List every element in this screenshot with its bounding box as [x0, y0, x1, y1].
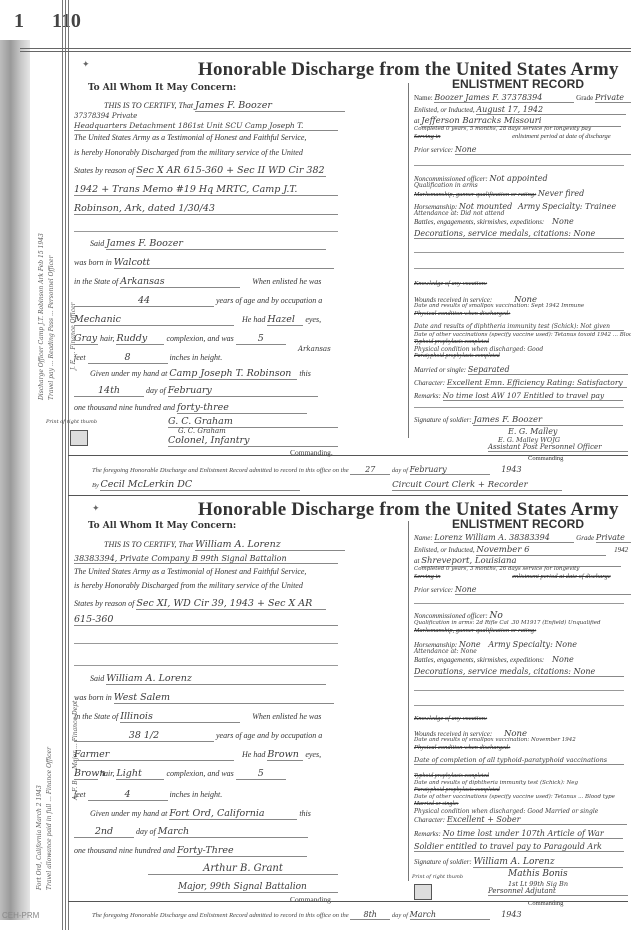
day: 2nd: [74, 826, 134, 838]
blank-line: [74, 643, 338, 644]
name-label: Name:: [414, 94, 433, 102]
blank-line: [414, 407, 624, 408]
height-inches: 4: [88, 789, 168, 801]
thumbprint: [414, 884, 432, 900]
blank-line: [414, 252, 624, 253]
age: 44: [74, 295, 214, 307]
attendance-note: Attendance at: Did not attend: [414, 210, 504, 217]
soldier-name: James F. Boozer: [195, 100, 345, 112]
year: forty-three: [177, 402, 307, 414]
remarks-label: Remarks:: [414, 392, 441, 400]
height-feet: 5: [236, 333, 286, 345]
hair-label: hair,: [100, 769, 114, 778]
enlisted-date: November 6: [476, 545, 606, 556]
reason-label: States by reason of: [74, 166, 134, 175]
hair-label: hair,: [100, 334, 114, 343]
given-place-note: Arkansas: [298, 345, 331, 353]
physical-condition: Physical condition when discharged: Good: [414, 346, 543, 353]
month: February: [168, 385, 318, 397]
hair: Gray: [74, 333, 98, 345]
vaccination-note: Date and results of smallpox vaccination…: [414, 737, 576, 743]
enlisted-date: August 17, 1942: [476, 105, 626, 115]
given-label: Given under my hand at: [90, 369, 167, 378]
blank-line: [414, 268, 624, 269]
top-rule: [20, 51, 631, 52]
born-place: Walcott: [114, 257, 334, 269]
feet-label: feet: [74, 790, 86, 799]
enlisted-year: 1942: [614, 546, 628, 554]
blank-line: [74, 231, 338, 232]
blank-line: [414, 165, 624, 166]
margin-rule: [62, 0, 63, 930]
unit-line: Headquarters Detachment 1861st Unit SCU …: [74, 121, 338, 131]
footer-rule: [68, 455, 628, 456]
eyes-suffix: eyes,: [305, 315, 321, 324]
character-label: Character:: [414, 379, 445, 387]
remarks-label: Remarks:: [414, 830, 441, 838]
grade: Private: [596, 533, 631, 543]
said-label: Said: [90, 674, 104, 683]
complexion-label: complexion, and was: [166, 769, 233, 778]
enlisted-label: Enlisted, or Inducted,: [414, 546, 475, 554]
thumbprint: [70, 430, 88, 446]
recording-day: 27: [350, 465, 390, 475]
army-specialty: Army Specialty: None: [488, 640, 577, 649]
serving-label: Serving in: [414, 573, 441, 580]
married-status: Separated: [468, 365, 628, 375]
recording-year: 1943: [501, 465, 521, 474]
margin-note: Fort Ord, California March 2 1943: [36, 785, 43, 890]
mark: ✦: [92, 503, 100, 514]
knowledge-label: Knowledge of any vocation:: [414, 715, 487, 722]
by-label: By: [92, 482, 99, 489]
age-label: years of age and by occupation a: [216, 731, 322, 740]
grade: Private: [595, 93, 631, 103]
discharged-text: is hereby Honorably Discharged from the …: [74, 148, 303, 157]
qualification-note: Qualification in arms: 2d Rifle Cal .30 …: [414, 620, 601, 626]
mark: ✦: [82, 59, 90, 70]
commander-signature: Arthur B. Grant: [148, 863, 338, 875]
inches-label: inches in height.: [170, 353, 223, 362]
diphtheria-note: Date and results of diphtheria immunity …: [414, 780, 578, 786]
serving-label: Serving in: [414, 133, 441, 140]
commanding-label: Commanding.: [290, 895, 333, 904]
enlisted-label: Enlisted, or Inducted,: [414, 106, 475, 114]
blank-line: [414, 603, 624, 604]
this-label: this: [299, 369, 311, 378]
footer-rule: [68, 495, 628, 496]
attendance-note: Attendance at: None: [414, 648, 477, 655]
occupation: Farmer: [74, 749, 234, 761]
officer-signature: E. G. Malley: [508, 427, 557, 436]
recording-day-label: day of: [392, 467, 408, 474]
reason-line: 615-360: [74, 614, 338, 626]
month: March: [158, 826, 308, 838]
name-label: Name:: [414, 534, 433, 542]
commander-typed-name: G. C. Graham: [178, 427, 226, 435]
blank-line: [414, 690, 624, 691]
complexion: Light: [116, 768, 164, 780]
commanding-label: Commanding: [528, 455, 563, 462]
army-testimonial: The United States Army as a Testimonial …: [74, 567, 306, 576]
page-number-right: 110: [52, 10, 81, 33]
signature-label: Signature of soldier:: [414, 858, 472, 866]
certify-label: THIS IS TO CERTIFY, That: [104, 540, 193, 549]
eyes-label: He had: [242, 315, 265, 324]
day-label: day of: [146, 386, 166, 395]
nco: Not appointed: [489, 174, 547, 183]
said-name: William A. Lorenz: [106, 673, 326, 685]
character-label: Character:: [414, 816, 445, 824]
reason-label: States by reason of: [74, 599, 134, 608]
state: Illinois: [120, 711, 240, 723]
certify-label: THIS IS TO CERTIFY, That: [104, 101, 193, 110]
recording-month: February: [410, 465, 490, 475]
serving-suffix: enlistment period at date of discharge: [512, 573, 611, 580]
officer-title: Assistant Post Personnel Officer: [488, 443, 628, 452]
enlistment-record-title: ENLISTMENT RECORD: [408, 517, 628, 531]
grade-label: Grade: [576, 94, 593, 102]
blank-line: [414, 705, 624, 706]
recording-text: The foregoing Honorable Discharge and En…: [92, 467, 349, 474]
decorations: Decorations, service medals, citations: …: [414, 667, 624, 677]
enlistee-name: Lorenz William A. 38383394: [434, 533, 574, 543]
married-label: Married or single:: [414, 366, 466, 374]
enlisted-label: When enlisted he was: [252, 712, 321, 721]
enlistee-name: Boozer James F. 37378394: [434, 93, 574, 103]
year-label: one thousand nine hundred and: [74, 403, 175, 412]
serial-line: 38383394, Private Company B 99th Signal …: [74, 554, 338, 564]
qualification-note: Qualification in arms: [414, 182, 478, 189]
nco-label: Noncommissioned officer:: [414, 612, 488, 620]
married-label: Married or single:: [414, 801, 459, 807]
enlistment-record-title: ENLISTMENT RECORD: [408, 77, 628, 91]
born-label: was born in: [74, 258, 112, 267]
soldier-signature: James F. Boozer: [473, 415, 623, 426]
commander-rank: Major, 99th Signal Battalion: [178, 882, 338, 893]
paratyphoid-label: Paratyphoid prophylaxis completed: [414, 353, 500, 359]
recording-text: The foregoing Honorable Discharge and En…: [92, 912, 349, 919]
prior-label: Prior service:: [414, 146, 453, 154]
margin-note: Discharge Officer Camp J.T. Robinson Ark…: [38, 233, 45, 400]
column-divider: [408, 521, 409, 881]
said-name: James F. Boozer: [106, 238, 326, 250]
blank-line: [74, 665, 338, 666]
enlisted-label: When enlisted he was: [252, 277, 321, 286]
typhoid-label: Typhoid prophylaxis completed: [414, 773, 489, 779]
recording-day-label: day of: [392, 912, 408, 919]
soldier-signature: William A. Lorenz: [473, 857, 623, 868]
serving-note: Completed 0 years, 5 months, 28 days ser…: [414, 126, 591, 132]
height-feet: 5: [236, 768, 286, 780]
marksmanship: Never fired: [538, 189, 584, 198]
given-place: Camp Joseph T. Robinson: [169, 368, 297, 380]
reason-line: 1942 + Trans Memo #19 Hq MRTC, Camp J.T.: [74, 184, 338, 196]
vaccination-note: Date and results of smallpox vaccination…: [414, 303, 584, 309]
officer-signature: Mathis Bonis: [508, 869, 568, 879]
army-specialty: Army Specialty: Trainee: [518, 202, 616, 211]
inches-label: inches in height.: [170, 790, 223, 799]
born-place: West Salem: [114, 692, 334, 704]
physical-condition: Physical condition when discharged: Good…: [414, 808, 598, 815]
year: Forty-Three: [177, 845, 307, 857]
remarks-line-2: Soldier entitled to travel pay to Parago…: [414, 842, 624, 852]
discharge-certificate-2: ✦ Honorable Discharge from the United St…: [68, 497, 628, 927]
other-vaccinations: Date of other vaccinations (specify vacc…: [414, 332, 631, 338]
serial-line: 37378394 Private: [74, 112, 137, 120]
hair: Brown: [74, 768, 98, 780]
column-divider: [408, 83, 409, 438]
character: Excellent + Sober: [447, 815, 627, 825]
battles: None: [552, 217, 574, 226]
born-label: was born in: [74, 693, 112, 702]
page-number-left: 1: [14, 10, 24, 33]
deputy-signature: Cecil McLerkin DC: [100, 479, 300, 491]
salutation: To All Whom It May Concern:: [88, 521, 236, 531]
discharged-text: is hereby Honorably Discharged from the …: [74, 581, 303, 590]
book-binding: [0, 40, 30, 920]
state-label: in the State of: [74, 277, 118, 286]
prior-service: None: [455, 145, 631, 155]
state: Arkansas: [120, 276, 240, 288]
reason-line: Sec X AR 615-360 + Sec II WD Cir 382: [136, 165, 326, 177]
diphtheria-note: Date and results of diphtheria immunity …: [414, 323, 624, 331]
state-label: in the State of: [74, 712, 118, 721]
margin-rule: [65, 0, 66, 930]
battles: None: [552, 655, 574, 664]
clerk-signature: Circuit Court Clerk + Recorder: [392, 480, 562, 491]
height-inches: 8: [88, 352, 168, 364]
army-testimonial: The United States Army as a Testimonial …: [74, 133, 306, 142]
age: 38 1/2: [74, 730, 214, 742]
thumb-label: Print of right thumb: [412, 874, 463, 880]
serving-note: Completed 0 years, 3 months, 26 days ser…: [414, 566, 579, 572]
given-label: Given under my hand at: [90, 809, 167, 818]
physical-label: Physical condition when discharged:: [414, 310, 510, 317]
year-label: one thousand nine hundred and: [74, 846, 175, 855]
remarks: No time lost under 107th Article of War: [443, 829, 623, 839]
thumb-label: Print of right thumb: [46, 419, 97, 425]
marksmanship-label: Marksmanship, gunner qualification or ra…: [414, 627, 536, 634]
paratyphoid-label: Paratyphoid prophylaxis completed: [414, 787, 500, 793]
top-rule: [20, 48, 631, 49]
marksmanship-label: Marksmanship, gunner qualification or ra…: [414, 191, 536, 198]
day: 14th: [74, 385, 144, 397]
at-label: at: [414, 117, 419, 125]
salutation: To All Whom It May Concern:: [88, 83, 236, 93]
eyes: Brown: [267, 749, 303, 761]
eyes-label: He had: [242, 750, 265, 759]
officer-title: Personnel Adjutant: [488, 887, 628, 896]
recording-year: 1943: [501, 910, 521, 919]
complexion-label: complexion, and was: [166, 334, 233, 343]
prior-label: Prior service:: [414, 586, 453, 594]
recording-day: 8th: [350, 910, 390, 920]
said-label: Said: [90, 239, 104, 248]
footer-rule: [68, 901, 628, 902]
complexion: Ruddy: [116, 333, 164, 345]
margin-note: Travel pay ... Reading Pass ... Personne…: [48, 256, 55, 400]
knowledge-label: Knowledge of any vocation:: [414, 280, 487, 287]
remarks: No time lost AW 107 Entitled to travel p…: [443, 391, 623, 401]
battles-label: Battles, engagements, skirmishes, expedi…: [414, 218, 544, 226]
day-label: day of: [136, 827, 156, 836]
decorations: Decorations, service medals, citations: …: [414, 229, 624, 239]
serving-suffix: enlistment period at date of discharge: [512, 133, 611, 140]
recording-month: March: [410, 910, 490, 920]
archive-watermark: CEH-PRM: [2, 911, 39, 920]
character: Excellent Emn. Efficiency Rating: Satisf…: [447, 378, 627, 388]
age-label: years of age and by occupation a: [216, 296, 322, 305]
typhoid-completion: Date of completion of all typhoid-paraty…: [414, 756, 624, 765]
reason-line: Robinson, Ark, dated 1/30/43: [74, 203, 338, 215]
discharge-certificate-1: ✦ Honorable Discharge from the United St…: [68, 55, 628, 475]
given-place: Fort Ord, California: [169, 808, 297, 820]
grade-label: Grade: [576, 534, 594, 542]
soldier-name: William A. Lorenz: [195, 539, 345, 551]
commander-rank: Colonel, Infantry: [168, 435, 338, 447]
typhoid-label: Typhoid prophylaxis completed: [414, 339, 489, 345]
physical-label: Physical condition when discharged:: [414, 744, 510, 751]
signature-label: Signature of soldier:: [414, 416, 472, 424]
this-label: this: [299, 809, 311, 818]
battles-label: Battles, engagements, skirmishes, expedi…: [414, 656, 544, 664]
eyes-suffix: eyes,: [305, 750, 321, 759]
other-vaccinations: Date of other vaccinations (specify vacc…: [414, 794, 615, 800]
eyes: Hazel: [267, 314, 303, 326]
reason-line: Sec XI, WD Cir 39, 1943 + Sec X AR: [136, 598, 326, 610]
prior-service: None: [455, 585, 631, 595]
occupation: Mechanic: [74, 314, 234, 326]
at-label: at: [414, 557, 419, 565]
margin-note: Travel allowance paid in full ... Financ…: [46, 747, 53, 890]
feet-label: feet: [74, 353, 86, 362]
